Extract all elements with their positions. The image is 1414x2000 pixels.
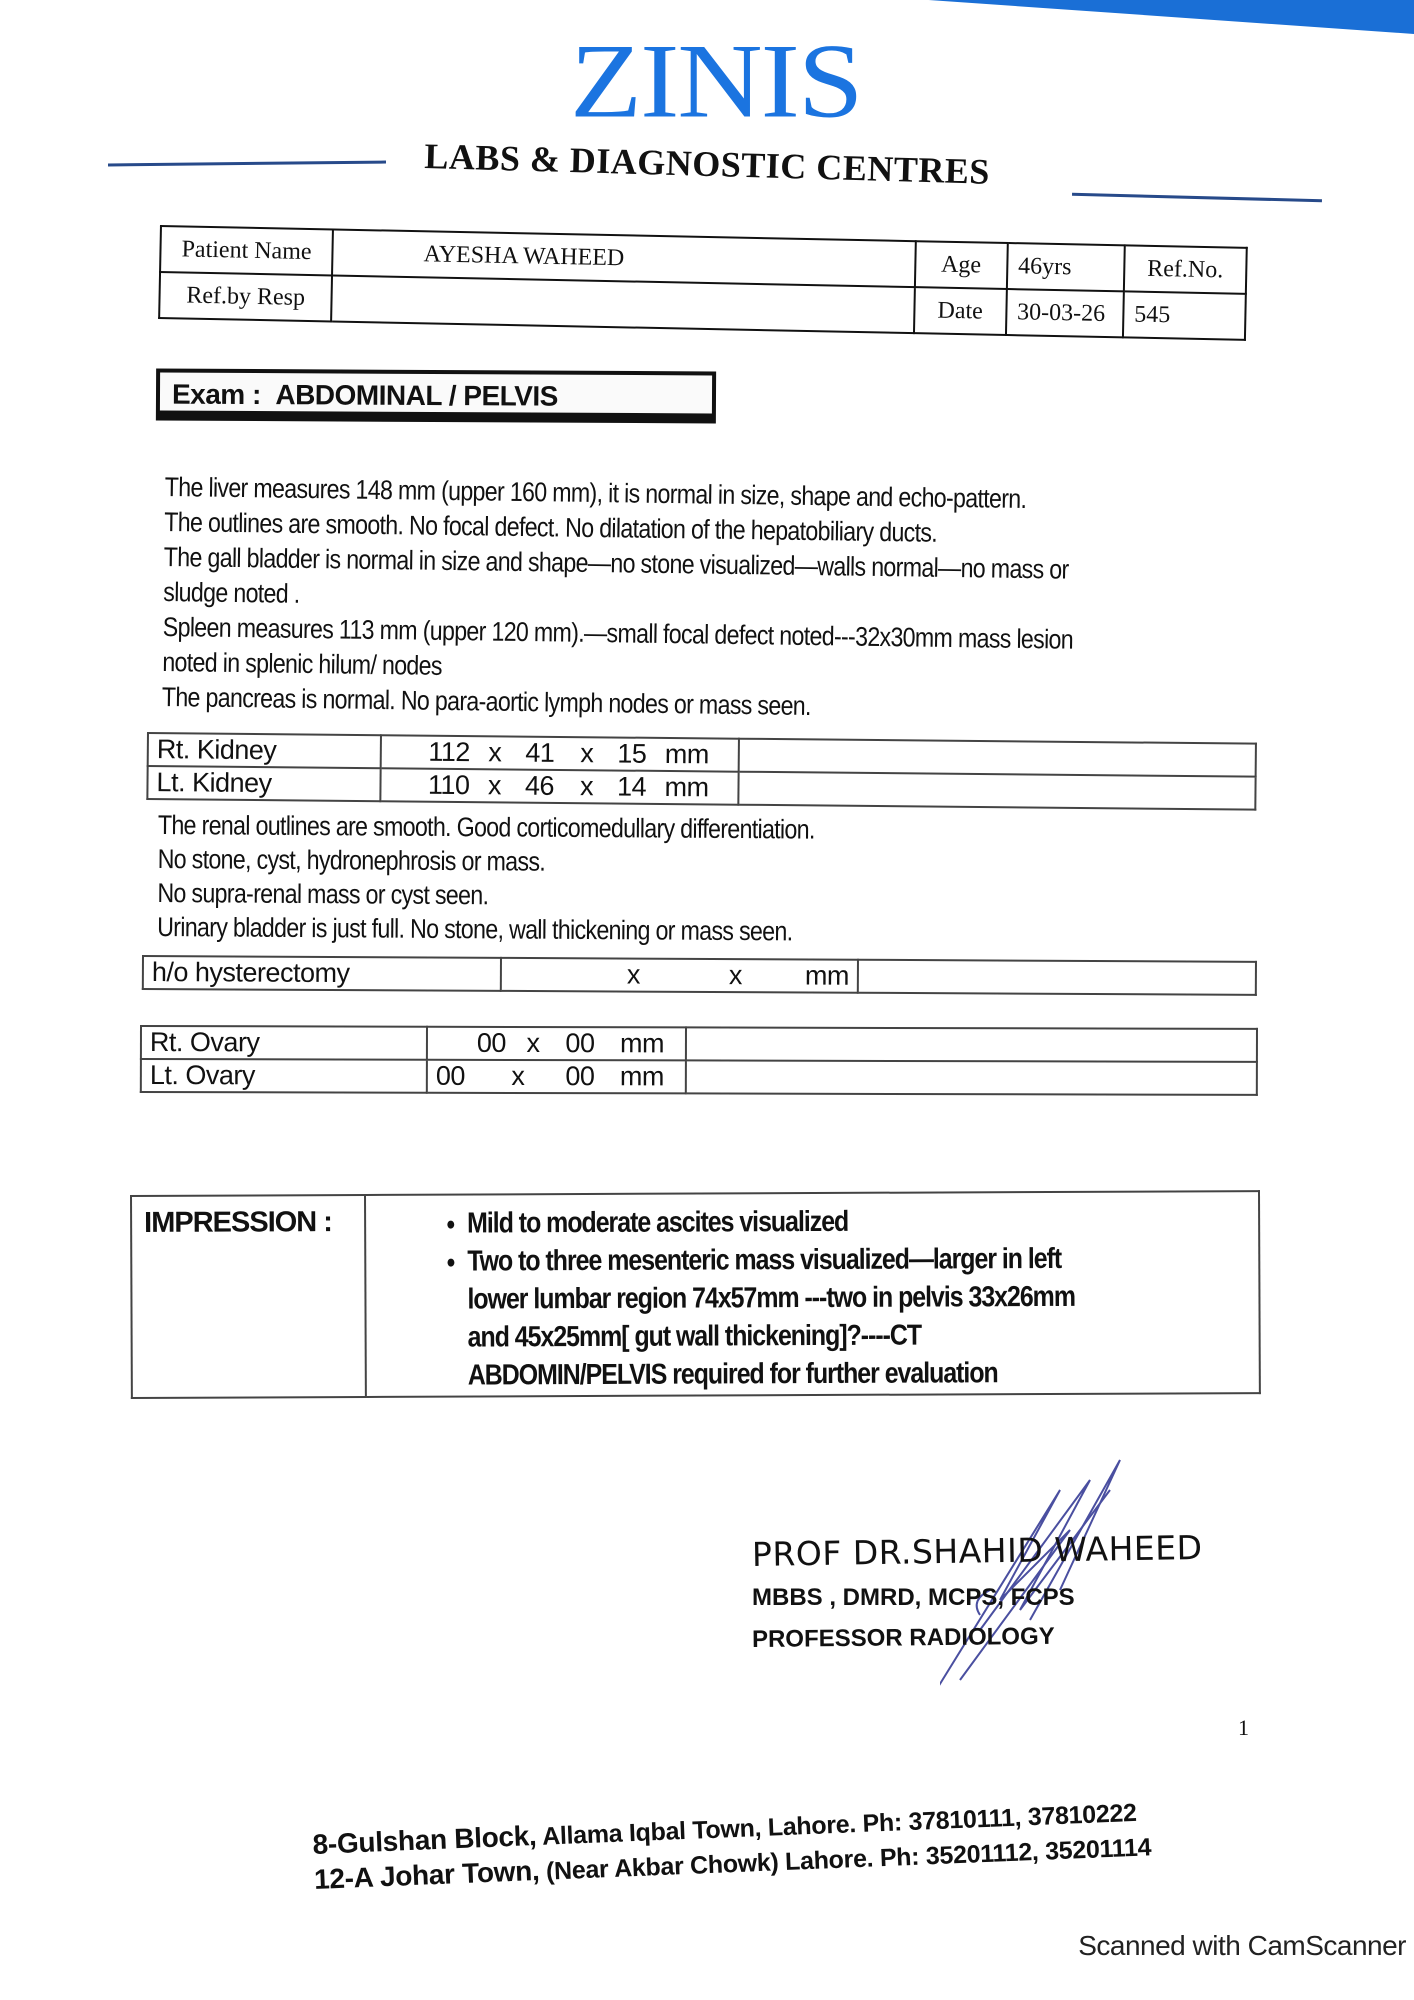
uterus-table: h/o hysterectomy x x mm bbox=[142, 955, 1257, 996]
patient-name-label: Patient Name bbox=[160, 226, 333, 275]
report-page: ZINIS LABS & DIAGNOSTIC CENTRES Patient … bbox=[0, 0, 1414, 2000]
ovary-table: Rt. Ovary 00 x 00 mm Lt. Ovary 00 x 00 m… bbox=[140, 1025, 1258, 1096]
dim-2: 41 bbox=[520, 738, 560, 769]
exam-value: ABDOMINAL / PELVIS bbox=[275, 379, 558, 411]
uterus-note bbox=[858, 960, 1256, 995]
dim-sep: x bbox=[566, 771, 606, 802]
date-label: Date bbox=[914, 287, 1007, 335]
dim-sep: x bbox=[476, 770, 512, 801]
dim-sep: x bbox=[567, 738, 607, 769]
dim-unit: mm bbox=[657, 739, 717, 771]
signatory-block: PROF DR.SHAHID WAHEED MBBS , DMRD, MCPS,… bbox=[752, 1535, 1203, 1654]
dim-2: 00 bbox=[560, 1028, 600, 1059]
dim-sep: x bbox=[513, 1028, 553, 1059]
lab-logo: ZINIS bbox=[570, 20, 862, 142]
age-label: Age bbox=[915, 241, 1008, 289]
uterus-measurement: x x mm bbox=[501, 958, 858, 993]
dim-2: 46 bbox=[519, 771, 559, 802]
dim-sep: x bbox=[483, 1061, 553, 1092]
table-row: h/o hysterectomy x x mm bbox=[143, 956, 1256, 995]
dim-2: 00 bbox=[560, 1061, 600, 1092]
lab-subtitle: LABS & DIAGNOSTIC CENTRES bbox=[424, 135, 991, 193]
dim-unit: mm bbox=[607, 1061, 677, 1092]
header-rule-left bbox=[108, 161, 386, 167]
table-row: Rt. Ovary 00 x 00 mm bbox=[141, 1026, 1257, 1062]
impression-content: Mild to moderate ascites visualized Two … bbox=[365, 1191, 1260, 1397]
kidney-note bbox=[738, 772, 1255, 810]
dim-1: 00 bbox=[436, 1061, 476, 1092]
findings-section: The liver measures 148 mm (upper 160 mm)… bbox=[162, 470, 1215, 730]
kidney-measurement: 110 x 46 x 14 mm bbox=[380, 768, 738, 804]
kidney-measurement: 112 x 41 x 15 mm bbox=[381, 735, 739, 771]
kidney-label: Rt. Kidney bbox=[148, 733, 381, 768]
renal-findings: The renal outlines are smooth. Good cort… bbox=[157, 808, 1158, 951]
age-value: 46yrs bbox=[1007, 243, 1125, 291]
ovary-note bbox=[686, 1027, 1257, 1061]
address-lead: 8-Gulshan Block, bbox=[312, 1820, 537, 1860]
dim-3: 14 bbox=[613, 771, 649, 802]
impression-table: IMPRESSION : Mild to moderate ascites vi… bbox=[130, 1190, 1261, 1399]
kidney-table: Rt. Kidney 112 x 41 x 15 mm Lt. Kidney 1… bbox=[146, 732, 1257, 811]
exam-box: Exam : ABDOMINAL / PELVIS bbox=[156, 369, 716, 424]
dim-1: 00 bbox=[436, 1028, 506, 1059]
header-rule-right bbox=[1072, 193, 1322, 203]
impression-item: Mild to moderate ascites visualized bbox=[467, 1202, 1147, 1243]
dim-unit: mm bbox=[749, 960, 849, 992]
scanner-watermark: Scanned with CamScanner bbox=[1078, 1930, 1406, 1962]
signatory-name: PROF DR.SHAHID WAHEED bbox=[752, 1528, 1203, 1574]
kidney-label: Lt. Kidney bbox=[147, 766, 380, 801]
header-accent-band bbox=[927, 0, 1414, 36]
impression-item: Two to three mesenteric mass visualized—… bbox=[467, 1240, 1087, 1395]
dim-unit: mm bbox=[607, 1028, 677, 1059]
ovary-measurement: 00 x 00 mm bbox=[427, 1060, 686, 1094]
ovary-label: Rt. Ovary bbox=[141, 1026, 427, 1060]
ovary-label: Lt. Ovary bbox=[141, 1059, 427, 1093]
table-row: Lt. Ovary 00 x 00 mm bbox=[141, 1059, 1257, 1095]
exam-title: Exam : ABDOMINAL / PELVIS bbox=[172, 379, 558, 413]
dim-1: 110 bbox=[389, 769, 469, 801]
ovary-measurement: 00 x 00 mm bbox=[427, 1027, 686, 1061]
dim-sep: x bbox=[647, 960, 742, 991]
patient-info-table: Patient Name AYESHA WAHEED Age 46yrs Ref… bbox=[158, 225, 1248, 341]
dim-sep: x bbox=[477, 737, 513, 768]
uterus-label: h/o hysterectomy bbox=[143, 956, 501, 991]
dim-sep: x bbox=[510, 959, 640, 991]
ovary-note bbox=[686, 1060, 1257, 1094]
impression-label: IMPRESSION : bbox=[131, 1195, 366, 1398]
kidney-note bbox=[739, 739, 1256, 777]
ref-no-value: 545 bbox=[1123, 291, 1246, 339]
dim-unit: mm bbox=[656, 772, 716, 804]
finding-line: Urinary bladder is just full. No stone, … bbox=[157, 910, 1017, 950]
impression-list: Mild to moderate ascites visualized Two … bbox=[367, 1201, 1258, 1395]
dim-1: 112 bbox=[390, 736, 470, 768]
exam-label: Exam : bbox=[172, 379, 261, 410]
signatory-title: PROFESSOR RADIOLOGY bbox=[752, 1621, 1203, 1654]
date-value: 30-03-26 bbox=[1006, 289, 1124, 337]
address-lead: 12-A Johar Town, bbox=[313, 1855, 540, 1895]
dim-3: 15 bbox=[614, 738, 650, 769]
ref-by-label: Ref.by Resp bbox=[159, 272, 332, 321]
page-number: 1 bbox=[1238, 1715, 1249, 1741]
footer-addresses: 8-Gulshan Block, Allama Iqbal Town, Laho… bbox=[312, 1794, 1152, 1898]
ref-no-label: Ref.No. bbox=[1124, 245, 1247, 293]
signatory-qualifications: MBBS , DMRD, MCPS, FCPS bbox=[752, 1584, 1203, 1612]
